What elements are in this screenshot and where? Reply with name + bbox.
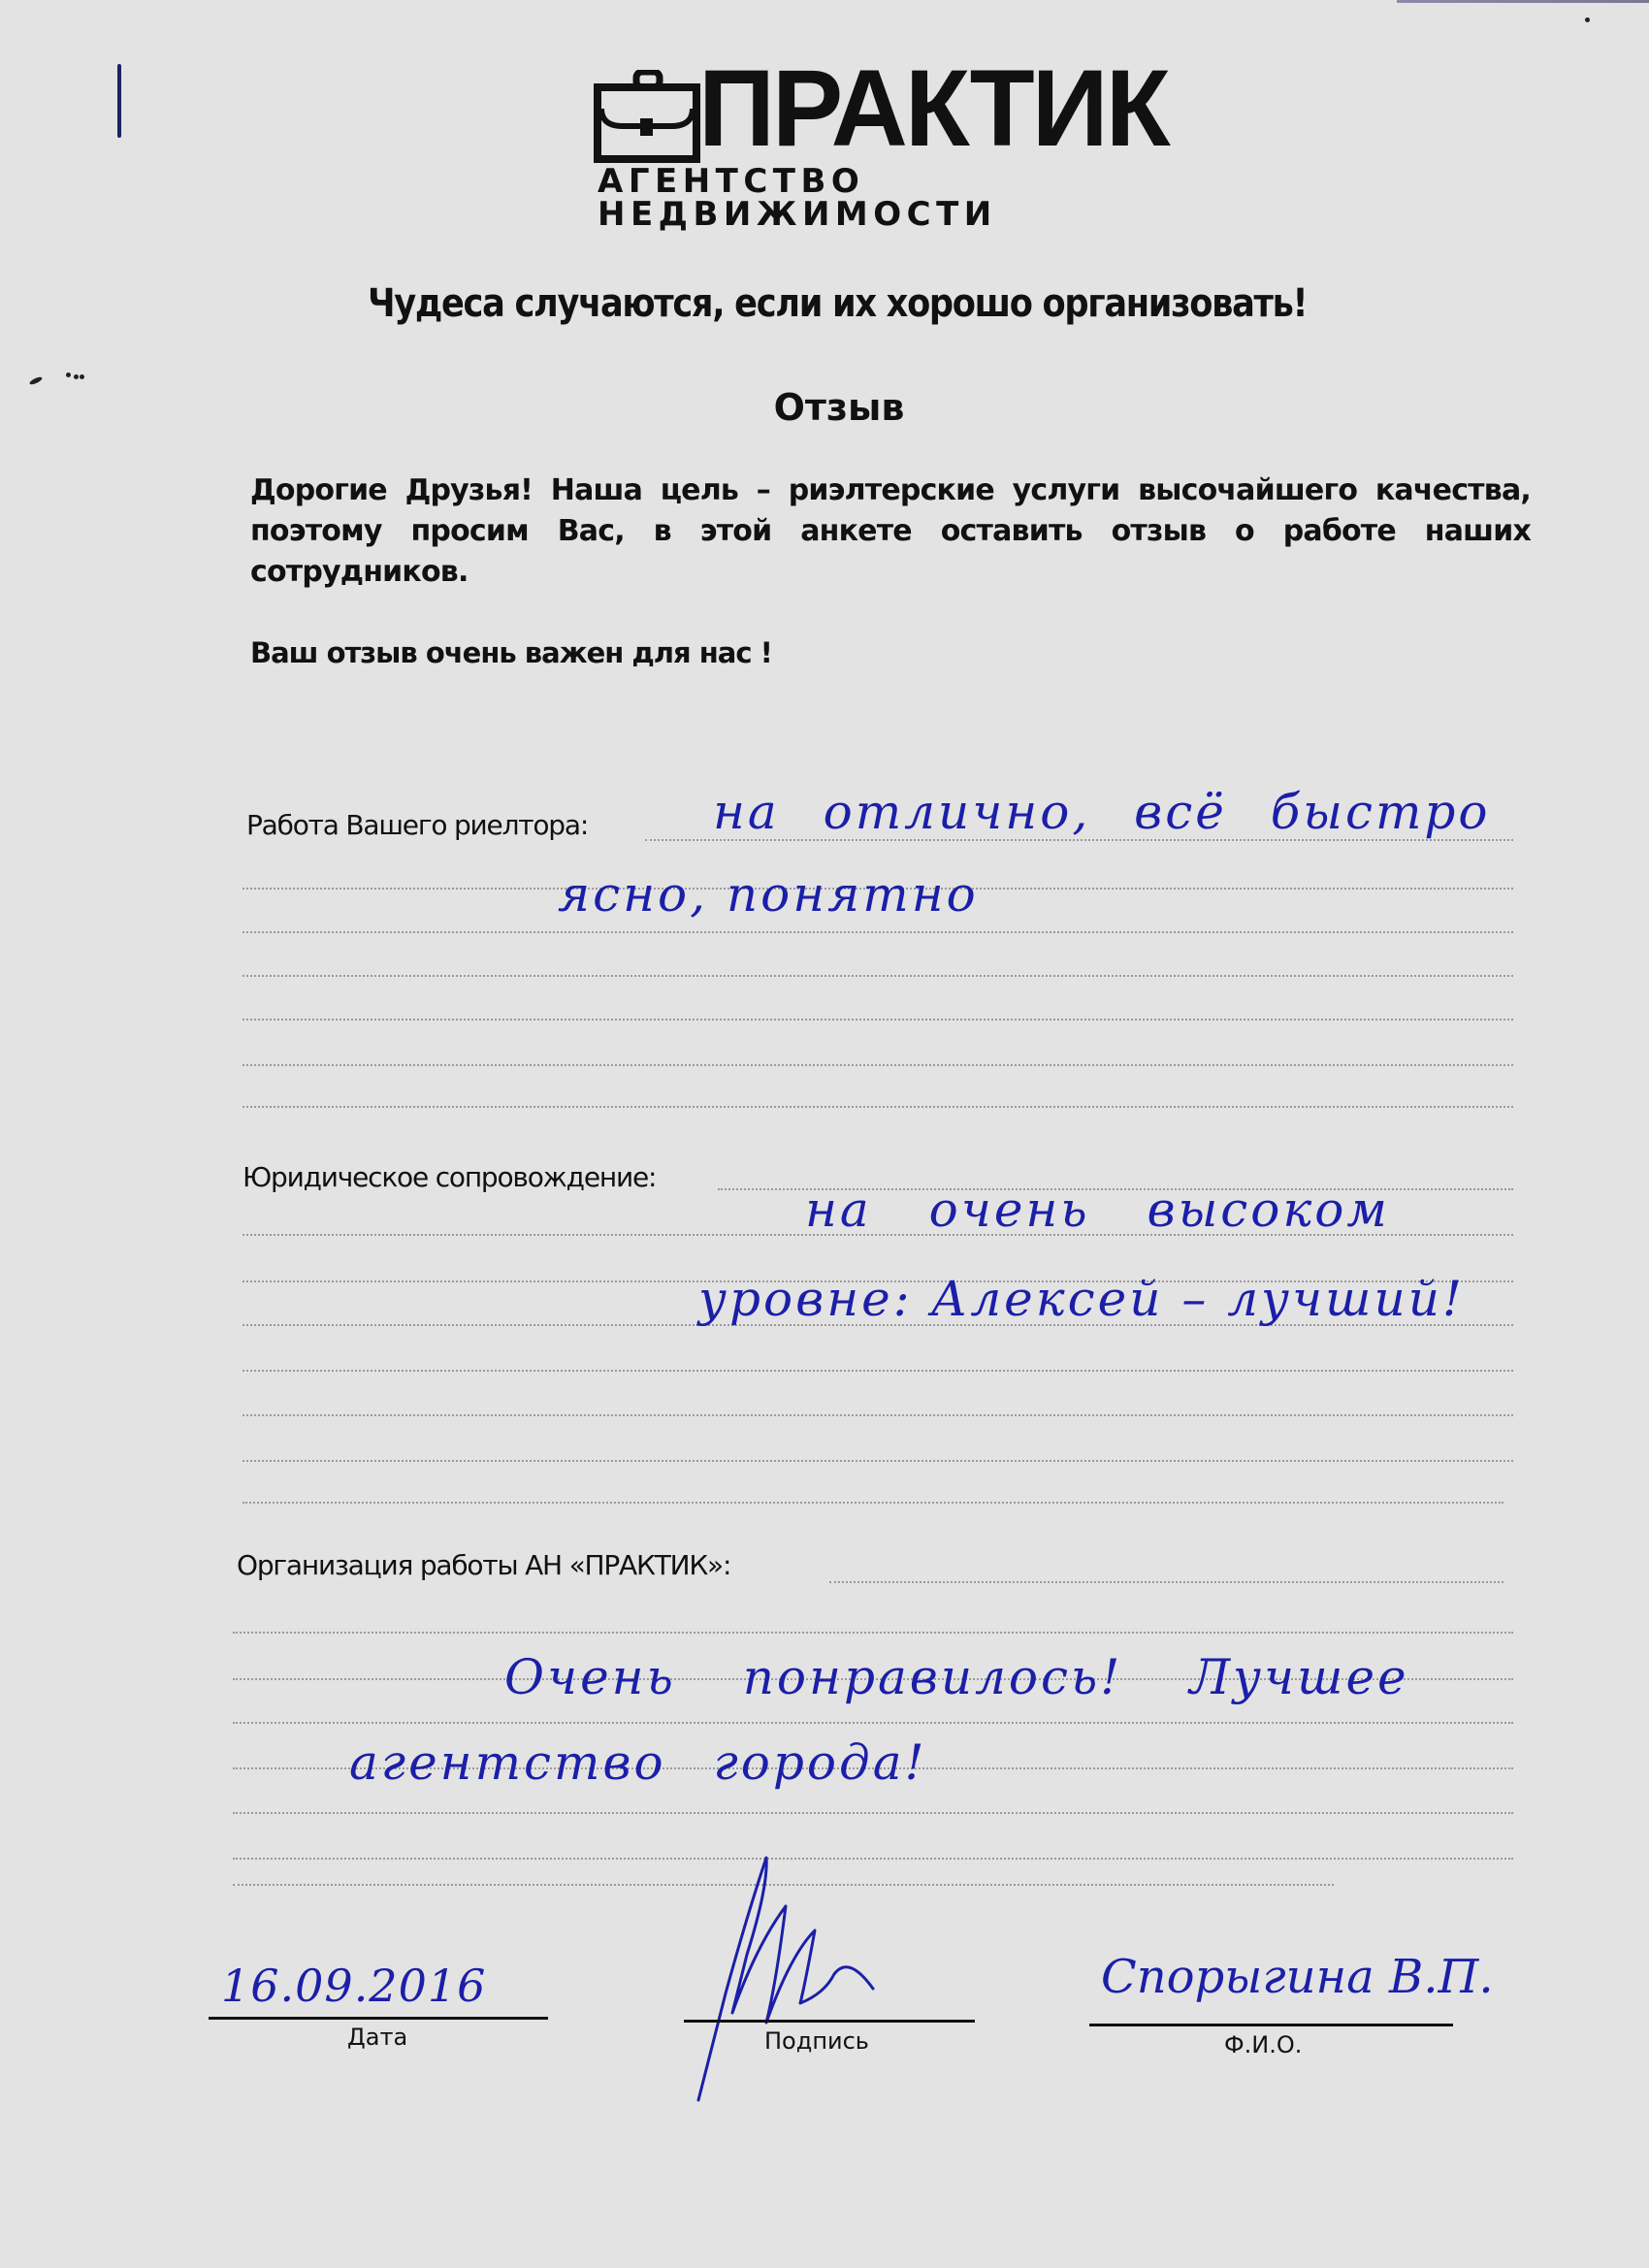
answer-legal-line-1: на очень высоком [805,1182,1390,1238]
full-name-line[interactable] [1089,2024,1453,2026]
answer-line[interactable] [233,1812,1513,1814]
scan-top-edge [1397,0,1649,3]
answer-realtor-line-1: на отлично, всё быстро [713,784,1490,840]
answer-line[interactable] [233,1632,1513,1634]
handwritten-signature [679,1848,980,2110]
scan-speck [1585,17,1590,22]
margin-pen-mark [117,64,121,138]
scan-speck [80,374,84,379]
date-value: 16.09.2016 [221,1960,486,2012]
answer-legal-line-2: уровне: Алексей – лучший! [698,1271,1465,1327]
page-title: Отзыв [0,386,1649,429]
answer-line[interactable] [242,1064,1513,1066]
answer-organization-line-2: агентство города! [349,1734,927,1791]
answer-realtor-line-2: ясно, понятно [558,866,979,923]
section-label-realtor: Работа Вашего риелтора: [246,809,588,841]
section-label-organization: Организация работы АН «ПРАКТИК»: [237,1549,730,1581]
answer-line[interactable] [242,1370,1513,1372]
answer-line[interactable] [242,975,1513,977]
full-name-caption: Ф.И.О. [1224,2031,1302,2058]
signature-caption: Подпись [764,2027,869,2055]
answer-line[interactable] [233,1722,1513,1724]
answer-line[interactable] [829,1581,1503,1583]
scan-speck [74,374,79,379]
signature-line[interactable] [684,2020,975,2023]
company-logo: ПРАКТИК АГЕНТСТВО НЕДВИЖИМОСТИ [594,68,1195,204]
date-line[interactable] [209,2017,548,2020]
briefcase-icon [594,70,700,163]
answer-line[interactable] [242,1106,1513,1108]
scan-speck [66,373,71,377]
important-note: Ваш отзыв очень важен для нас ! [250,636,772,669]
scan-speck [29,375,44,385]
section-label-legal: Юридическое сопровождение: [242,1161,656,1193]
full-name-value: Спорыгина В.П. [1101,1950,1494,2004]
answer-line[interactable] [242,1414,1513,1416]
answer-organization-line-1: Очень понравилось! Лучшее [504,1649,1409,1705]
date-caption: Дата [347,2024,407,2051]
answer-line[interactable] [242,1019,1513,1021]
answer-line[interactable] [242,1460,1513,1462]
logo-wordmark: ПРАКТИК [698,54,1168,163]
logo-subtitle: АГЕНТСТВО НЕДВИЖИМОСТИ [598,165,1195,231]
slogan: Чудеса случаются, если их хорошо организ… [99,281,1550,326]
intro-paragraph: Дорогие Друзья! Наша цель – риэлтерские … [250,470,1531,593]
answer-line[interactable] [242,931,1513,933]
answer-line[interactable] [242,1502,1503,1504]
